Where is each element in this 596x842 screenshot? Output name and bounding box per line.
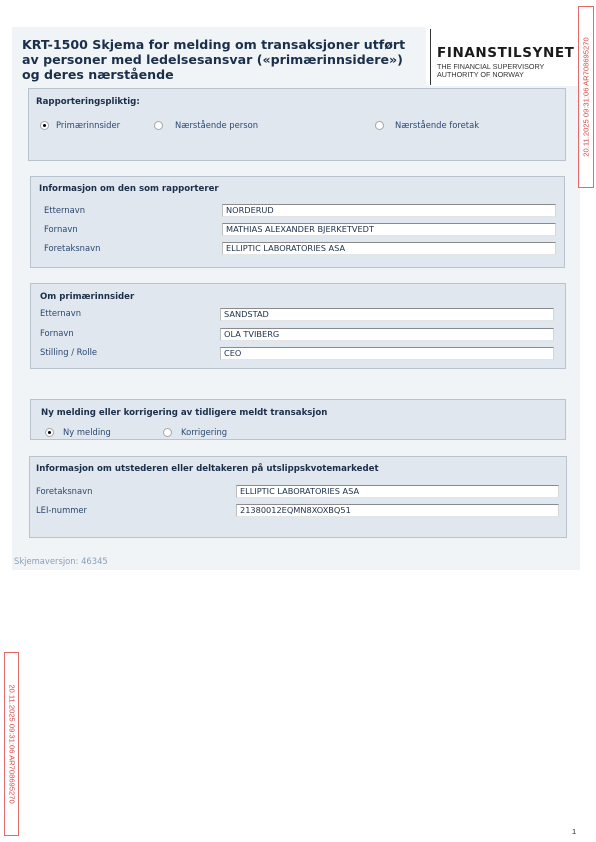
page-number: 1 <box>572 827 576 836</box>
radio-naerstaende-foretak[interactable] <box>375 121 384 130</box>
issuer-lei-field[interactable]: 21380012EQMN8XOXBQ51 <box>236 504 559 517</box>
timestamp-text-left: 20.11.2025 09:31:06 AR708695270 <box>7 684 16 803</box>
radio-label-naerstaende-foretak[interactable]: Nærstående foretak <box>395 120 479 130</box>
issuer-company-label: Foretaksnavn <box>36 486 92 496</box>
logo-divider <box>430 29 431 85</box>
radio-korrigering[interactable] <box>163 428 172 437</box>
insider-firstname-field[interactable]: OLA TVIBERG <box>220 328 554 341</box>
logo-name: FINANSTILSYNET <box>437 45 574 61</box>
timestamp-stamp-right: 20.11.2025 09:31:06 AR708695270 <box>578 6 594 188</box>
radio-naerstaende-person[interactable] <box>154 121 163 130</box>
reporter-firstname-label: Fornavn <box>44 224 78 234</box>
reporter-company-field[interactable]: ELLIPTIC LABORATORIES ASA <box>222 242 556 255</box>
logo-subtitle-line2: AUTHORITY OF NORWAY <box>437 71 544 79</box>
radio-label-primaerinnsider[interactable]: Primærinnsider <box>56 120 120 130</box>
reporter-lastname-label: Etternavn <box>44 205 85 215</box>
insider-firstname-label: Fornavn <box>40 328 74 338</box>
logo-subtitle: THE FINANCIAL SUPERVISORY AUTHORITY OF N… <box>437 63 544 79</box>
form-version: Skjemaversjon: 46345 <box>14 556 108 566</box>
radio-label-korrigering[interactable]: Korrigering <box>181 427 227 437</box>
timestamp-text-right: 20.11.2025 09:31:06 AR708695270 <box>582 37 591 156</box>
insider-lastname-label: Etternavn <box>40 308 81 318</box>
insider-role-field[interactable]: CEO <box>220 347 554 360</box>
radio-label-ny-melding[interactable]: Ny melding <box>63 427 111 437</box>
report-type-title: Ny melding eller korrigering av tidliger… <box>41 408 327 418</box>
radio-ny-melding[interactable] <box>45 428 54 437</box>
issuer-info-title: Informasjon om utstederen eller deltaker… <box>36 464 379 474</box>
reporter-info-title: Informasjon om den som rapporterer <box>39 184 219 194</box>
radio-primaerinnsider[interactable] <box>40 121 49 130</box>
reporting-obligation-title: Rapporteringspliktig: <box>36 97 140 107</box>
insider-role-label: Stilling / Rolle <box>40 347 97 357</box>
reporter-lastname-field[interactable]: NORDERUD <box>222 204 556 217</box>
radio-label-naerstaende-person[interactable]: Nærstående person <box>175 120 258 130</box>
primary-insider-title: Om primærinnsider <box>40 292 134 302</box>
timestamp-stamp-left: 20.11.2025 09:31:06 AR708695270 <box>4 652 19 836</box>
issuer-lei-label: LEI-nummer <box>36 505 87 515</box>
reporter-company-label: Foretaksnavn <box>44 243 100 253</box>
insider-lastname-field[interactable]: SANDSTAD <box>220 308 554 321</box>
form-title: KRT-1500 Skjema for melding om transaksj… <box>22 37 422 82</box>
reporter-firstname-field[interactable]: MATHIAS ALEXANDER BJERKETVEDT <box>222 223 556 236</box>
issuer-company-field[interactable]: ELLIPTIC LABORATORIES ASA <box>236 485 559 498</box>
